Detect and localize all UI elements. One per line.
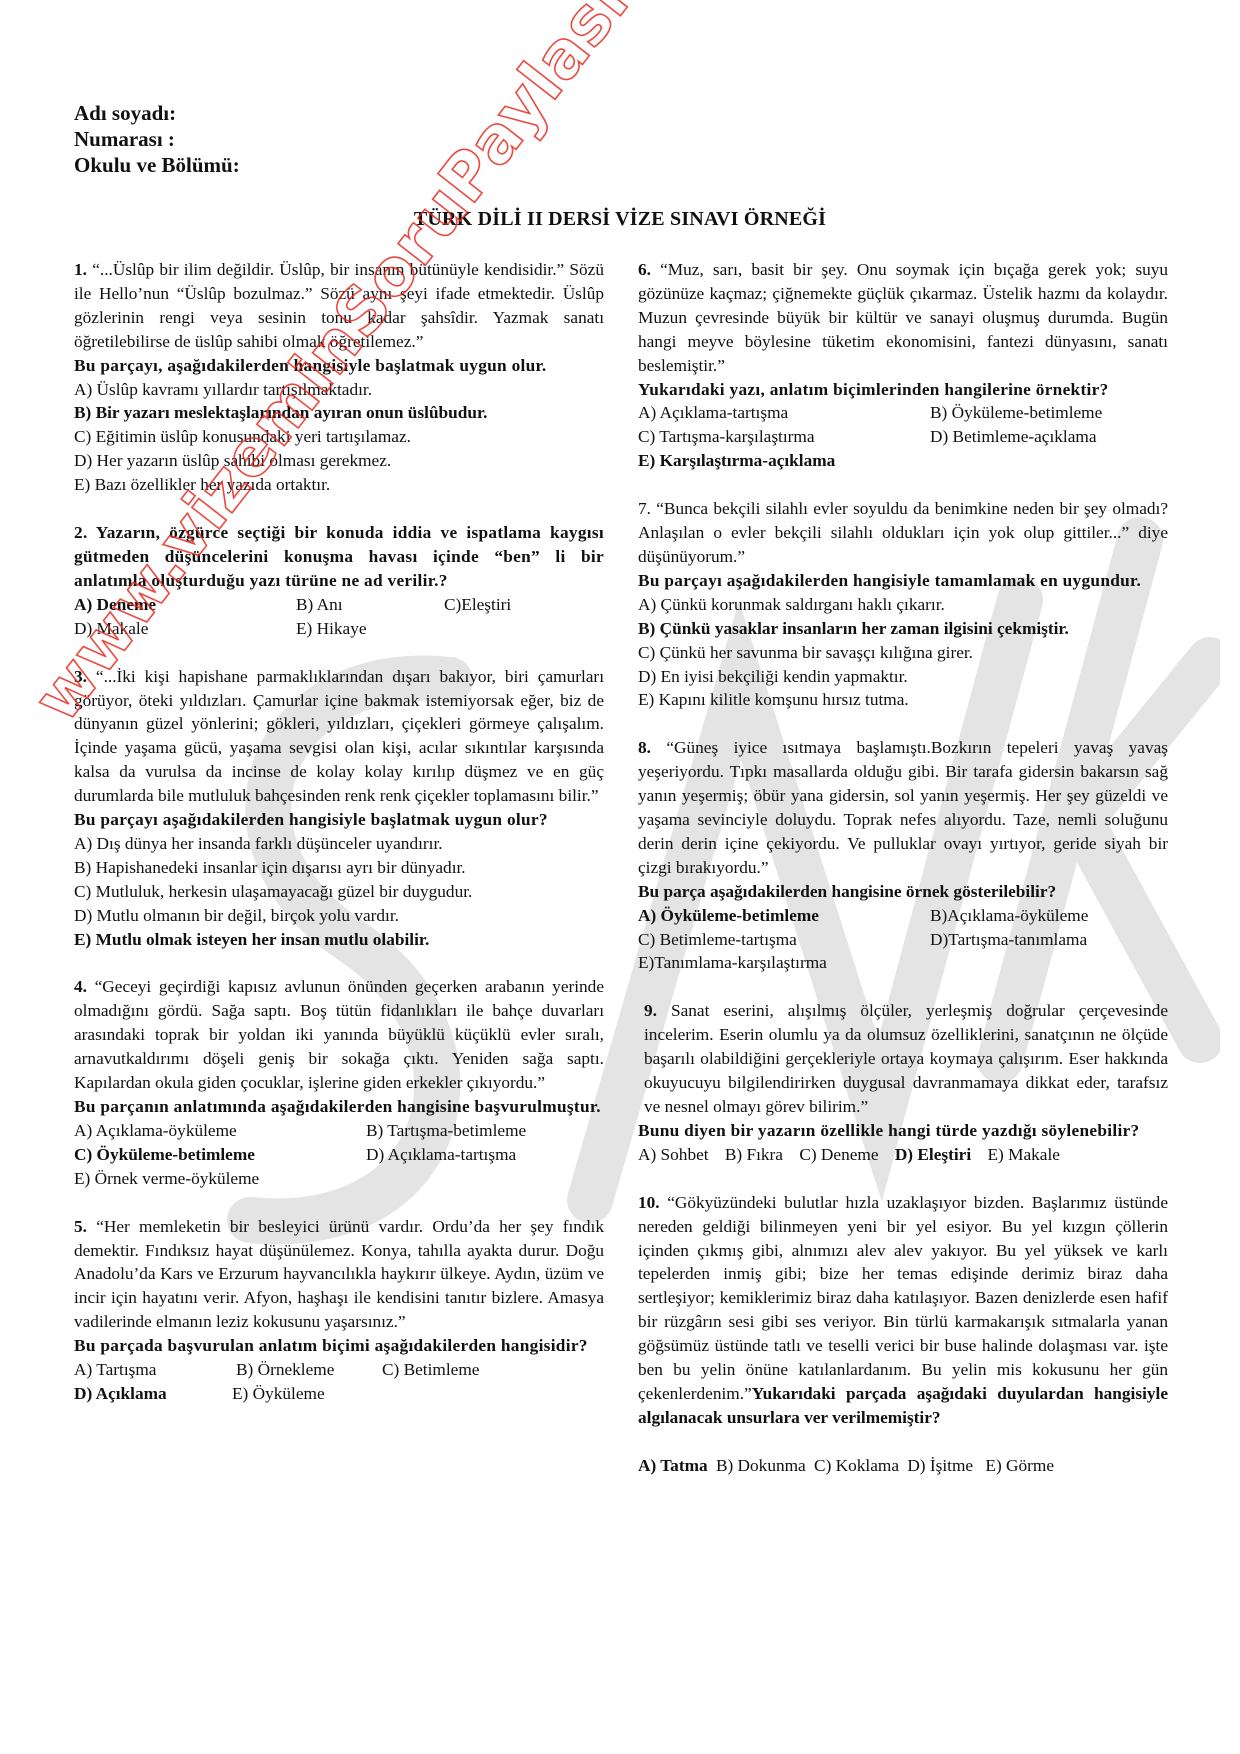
question-2: 2. Yazarın, özgürce seçtiği bir konuda i… bbox=[74, 521, 604, 641]
option-a-correct: A) Öyküleme-betimleme bbox=[638, 904, 930, 928]
option-a: A) Dış dünya her insanda farklı düşüncel… bbox=[74, 832, 604, 856]
option-d-correct: D) Açıklama bbox=[74, 1382, 232, 1406]
option-a: A) Çünkü korunmak saldırganı haklı çıkar… bbox=[638, 593, 1168, 617]
question-number: 1. bbox=[74, 260, 87, 279]
question-stem: “Muz, sarı, basit bir şey. Onu soymak iç… bbox=[638, 260, 1168, 375]
question-number: 3. bbox=[74, 667, 87, 686]
option-b: B) Anı bbox=[296, 593, 444, 617]
option-e-correct: E) Mutlu olmak isteyen her insan mutlu o… bbox=[74, 928, 604, 952]
question-prompt: Bu parçayı aşağıdakilerden hangisiyle ba… bbox=[74, 808, 604, 832]
option-e: E) Öyküleme bbox=[232, 1382, 604, 1406]
option-c: C)Eleştiri bbox=[444, 593, 604, 617]
option-b: B) Öyküleme-betimleme bbox=[930, 401, 1168, 425]
question-number: 9. bbox=[644, 1001, 657, 1020]
option-a: A) Açıklama-tartışma bbox=[638, 401, 930, 425]
question-8: 8. “Güneş iyice ısıtmaya başlamıştı.Bozk… bbox=[638, 736, 1168, 975]
question-number: 5. bbox=[74, 1217, 87, 1236]
question-prompt: Bu parçada başvurulan anlatım biçimi aşa… bbox=[74, 1334, 604, 1358]
option-d: D) Açıklama-tartışma bbox=[366, 1143, 604, 1167]
question-stem: “Her memleketin bir besleyici ürünü vard… bbox=[74, 1217, 604, 1332]
option-d: D) Betimleme-açıklama bbox=[930, 425, 1168, 449]
option-a: A) Açıklama-öyküleme bbox=[74, 1119, 366, 1143]
question-prompt: Bu parça aşağıdakilerden hangisine örnek… bbox=[638, 880, 1168, 904]
question-6: 6. “Muz, sarı, basit bir şey. Onu soymak… bbox=[638, 258, 1168, 473]
question-prompt: Bunu diyen bir yazarın özellikle hangi t… bbox=[638, 1119, 1168, 1143]
option-e: E) Bazı özellikler her yazıda ortaktır. bbox=[74, 473, 604, 497]
left-column: 1. “...Üslûp bir ilim değildir. Üslûp, b… bbox=[74, 258, 604, 1430]
question-3: 3. “...İki kişi hapishane parmaklıkların… bbox=[74, 665, 604, 952]
option-e: E)Tanımlama-karşılaştırma bbox=[638, 951, 930, 975]
option-d: D) En iyisi bekçiliği kendin yapmaktır. bbox=[638, 665, 1168, 689]
question-stem: “Güneş iyice ısıtmaya başlamıştı.Bozkırı… bbox=[638, 738, 1168, 877]
option-e: E) Kapını kilitle komşunu hırsız tutma. bbox=[638, 688, 1168, 712]
question-stem: “...Üslûp bir ilim değildir. Üslûp, bir … bbox=[74, 260, 604, 351]
question-stem: “Bunca bekçili silahlı evler soyuldu da … bbox=[638, 499, 1168, 566]
option-e: E) Görme bbox=[985, 1456, 1054, 1475]
option-d: D) Her yazarın üslûp sahibi olması gerek… bbox=[74, 449, 604, 473]
right-column: 6. “Muz, sarı, basit bir şey. Onu soymak… bbox=[638, 258, 1168, 1502]
question-7: 7. “Bunca bekçili silahlı evler soyuldu … bbox=[638, 497, 1168, 712]
question-stem: “Geceyi geçirdiği kapısız avlunun önünde… bbox=[74, 977, 604, 1092]
option-c: C) Betimleme-tartışma bbox=[638, 928, 930, 952]
option-d: D) Makale bbox=[74, 617, 296, 641]
option-d-correct: D) Eleştiri bbox=[895, 1145, 971, 1164]
option-c-correct: C) Öyküleme-betimleme bbox=[74, 1143, 366, 1167]
question-1: 1. “...Üslûp bir ilim değildir. Üslûp, b… bbox=[74, 258, 604, 497]
student-info-fields: Adı soyadı: Numarası : Okulu ve Bölümü: bbox=[74, 100, 240, 178]
school-label: Okulu ve Bölümü: bbox=[74, 152, 240, 178]
option-b: B) Tartışma-betimleme bbox=[366, 1119, 604, 1143]
question-number: 10. bbox=[638, 1193, 660, 1212]
exam-title: TÜRK DİLİ II DERSİ VİZE SINAVI ÖRNEĞİ bbox=[0, 208, 1240, 231]
exam-page: SNK Adı soyadı: Numarası : Okulu ve Bölü… bbox=[0, 0, 1240, 1754]
number-label: Numarası : bbox=[74, 126, 240, 152]
option-b: B) Fıkra bbox=[725, 1145, 783, 1164]
option-d: D) İşitme bbox=[907, 1456, 973, 1475]
question-number: 2. bbox=[74, 523, 88, 542]
option-c: C) Çünkü her savunma bir savaşçı kılığın… bbox=[638, 641, 1168, 665]
question-prompt: Bu parçanın anlatımında aşağıdakilerden … bbox=[74, 1095, 604, 1119]
question-10: 10. “Gökyüzündeki bulutlar hızla uzaklaş… bbox=[638, 1191, 1168, 1478]
option-b: B) Örnekleme bbox=[236, 1358, 382, 1382]
option-d: D) Mutlu olmanın bir değil, birçok yolu … bbox=[74, 904, 604, 928]
option-e: E) Örnek verme-öyküleme bbox=[74, 1167, 366, 1191]
option-b: B)Açıklama-öyküleme bbox=[930, 904, 1168, 928]
question-stem: “Gökyüzündeki bulutlar hızla uzaklaşıyor… bbox=[638, 1193, 1168, 1403]
question-prompt: Bu parçayı, aşağıdakilerden hangisiyle b… bbox=[74, 354, 604, 378]
option-b: B) Dokunma bbox=[716, 1456, 806, 1475]
option-a: A) Tartışma bbox=[74, 1358, 236, 1382]
question-number: 4. bbox=[74, 977, 87, 996]
option-a-correct: A) Tatma bbox=[638, 1456, 708, 1475]
question-5: 5. “Her memleketin bir besleyici ürünü v… bbox=[74, 1215, 604, 1406]
option-c: C) Eğitimin üslûp konusundaki yeri tartı… bbox=[74, 425, 604, 449]
option-e-correct: E) Karşılaştırma-açıklama bbox=[638, 449, 930, 473]
question-9: 9. Sanat eserini, alışılmış ölçüler, yer… bbox=[638, 999, 1168, 1166]
option-e: E) Hikaye bbox=[296, 617, 444, 641]
option-a: A) Üslûp kavramı yıllardır tartışılmakta… bbox=[74, 378, 604, 402]
name-label: Adı soyadı: bbox=[74, 100, 240, 126]
option-a: A) Sohbet bbox=[638, 1145, 709, 1164]
option-c: C) Koklama bbox=[814, 1456, 899, 1475]
question-number: 7. bbox=[638, 499, 651, 518]
option-b-correct: B) Çünkü yasaklar insanların her zaman i… bbox=[638, 617, 1168, 641]
option-c: C) Mutluluk, herkesin ulaşamayacağı güze… bbox=[74, 880, 604, 904]
option-c: C) Deneme bbox=[799, 1145, 878, 1164]
option-a-correct: A) Deneme bbox=[74, 593, 296, 617]
question-number: 8. bbox=[638, 738, 651, 757]
question-prompt: Yukarıdaki yazı, anlatım biçimlerinden h… bbox=[638, 378, 1168, 402]
option-b-correct: B) Bir yazarı meslektaşlarından ayıran o… bbox=[74, 401, 604, 425]
question-stem: Sanat eserini, alışılmış ölçüler, yerleş… bbox=[644, 1001, 1168, 1116]
option-c: C) Tartışma-karşılaştırma bbox=[638, 425, 930, 449]
option-c: C) Betimleme bbox=[382, 1358, 604, 1382]
option-b: B) Hapishanedeki insanlar için dışarısı … bbox=[74, 856, 604, 880]
question-4: 4. “Geceyi geçirdiği kapısız avlunun önü… bbox=[74, 975, 604, 1190]
option-e: E) Makale bbox=[987, 1145, 1059, 1164]
question-number: 6. bbox=[638, 260, 651, 279]
option-d: D)Tartışma-tanımlama bbox=[930, 928, 1168, 952]
question-prompt: Yazarın, özgürce seçtiği bir konuda iddi… bbox=[74, 523, 604, 590]
question-stem: “...İki kişi hapishane parmaklıklarından… bbox=[74, 667, 604, 806]
question-prompt: Bu parçayı aşağıdakilerden hangisiyle ta… bbox=[638, 569, 1168, 593]
